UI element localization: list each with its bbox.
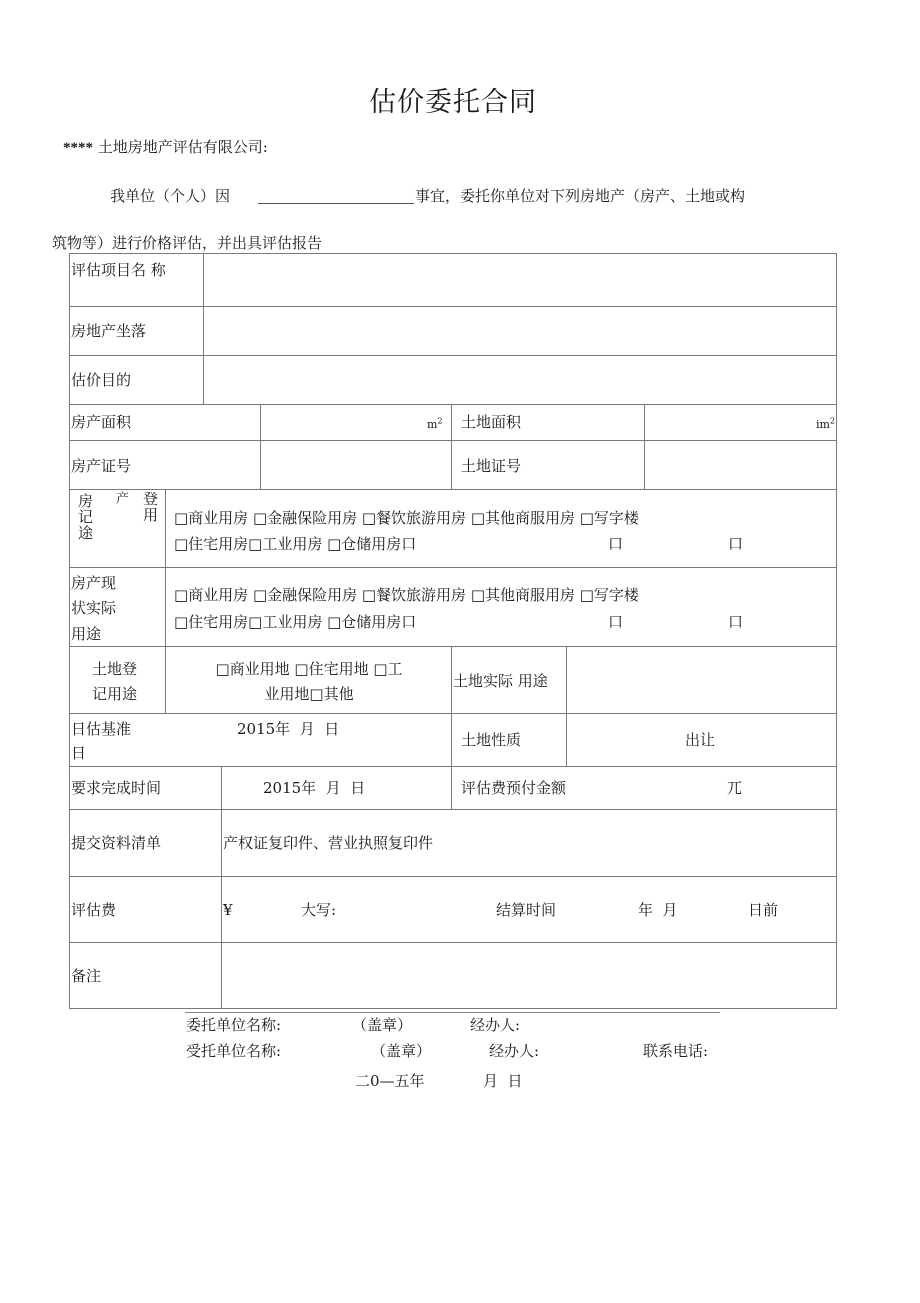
col-divider: [260, 404, 261, 489]
purpose-field[interactable]: [205, 357, 835, 403]
intro-line-1-b: 事宜，委托你单位对下列房地产（房产、土地或构: [415, 187, 745, 205]
row-divider: [69, 942, 837, 943]
location-label: 房地产坐落: [71, 322, 146, 340]
land-cert-field[interactable]: [646, 442, 835, 488]
house-current-use-label-3: 用途: [71, 625, 101, 643]
row-divider: [69, 766, 837, 767]
row-divider: [69, 440, 837, 441]
row-divider: [69, 404, 837, 405]
fee-capital-field[interactable]: [345, 892, 485, 922]
project-name-field[interactable]: [205, 255, 835, 305]
addressee-line: **** 土地房地产评估有限公司:: [63, 138, 268, 157]
land-reg-use-options-1[interactable]: □商业用地 □住宅用地 □工: [167, 660, 451, 678]
house-reg-use-options-2[interactable]: □住宅用房□工业用房 □仓储用房口: [174, 535, 416, 553]
col-divider: [451, 646, 452, 766]
materials-value[interactable]: 产权证复印件、营业执照复印件: [223, 834, 433, 852]
house-area-label: 房产面积: [71, 413, 131, 431]
label-col: 登用: [142, 491, 157, 523]
label-col: 产: [113, 491, 128, 505]
row-divider: [69, 646, 837, 647]
settlement-year-month[interactable]: 年 月: [638, 901, 678, 919]
agent-name-label: 受托单位名称:: [186, 1042, 281, 1060]
col-divider: [221, 766, 222, 1009]
house-area-field[interactable]: [262, 406, 450, 439]
row-divider: [69, 306, 837, 307]
completion-time-label: 要求完成时间: [71, 779, 161, 797]
fee-capital-label: 大写:: [301, 901, 336, 919]
col-divider: [644, 404, 645, 489]
checkbox-extra[interactable]: 口: [728, 535, 743, 553]
valuation-date-value[interactable]: 2015年 月 日: [237, 720, 339, 738]
fee-amount-field[interactable]: [235, 892, 295, 922]
client-name-label: 委托单位名称:: [186, 1016, 281, 1034]
settlement-before: 日前: [748, 901, 778, 919]
table-border-left: [69, 253, 70, 1009]
settlement-label: 结算时间: [496, 901, 556, 919]
fee-currency: ¥: [223, 901, 233, 919]
sign-date-month-day: 月 日: [483, 1072, 523, 1090]
col-divider: [451, 404, 452, 489]
col-divider: [566, 646, 567, 766]
remarks-label: 备注: [71, 967, 101, 985]
land-cert-label: 土地证号: [461, 457, 521, 475]
intro-line-1-a: 我单位（个人）因: [110, 187, 230, 205]
document-title: 估价委托合同: [0, 80, 906, 119]
house-current-use-label-2: 状实际: [71, 599, 116, 617]
row-divider: [69, 713, 837, 714]
addressee-company: 土地房地产评估有限公司:: [98, 138, 268, 156]
checkbox-extra[interactable]: 口: [728, 613, 743, 631]
row-divider: [69, 876, 837, 877]
land-area-unit: im2: [816, 418, 835, 431]
client-seal: （盖章）: [352, 1016, 412, 1034]
land-reg-use-label-1: 土地登: [92, 660, 137, 678]
table-border-bottom: [69, 1008, 837, 1009]
land-actual-use-label: 土地实际 用途: [453, 672, 548, 690]
land-reg-use-label-2: 记用途: [92, 685, 137, 703]
land-area-label: 土地面积: [461, 413, 521, 431]
row-divider: [69, 809, 837, 810]
completion-time-value[interactable]: 2015年 月 日: [263, 779, 365, 797]
location-field[interactable]: [205, 308, 835, 354]
agent-phone-label: 联系电话:: [643, 1042, 708, 1060]
materials-label: 提交资料清单: [71, 834, 161, 852]
house-area-unit: m2: [427, 418, 443, 431]
col-divider: [165, 489, 166, 713]
house-current-use-options-1[interactable]: □商业用房 □金融保险用房 □餐饮旅游用房 □其他商服用房 □写字楼: [174, 586, 639, 604]
house-cert-label: 房产证号: [71, 457, 131, 475]
row-divider: [69, 489, 837, 490]
agent-seal: （盖章）: [371, 1042, 431, 1060]
agent-handler-label: 经办人:: [489, 1042, 539, 1060]
remarks-field[interactable]: [223, 944, 835, 1007]
intro-line-2: 筑物等）进行价格评估，并出具评估报告: [52, 234, 322, 252]
valuation-date-label-2: 日: [71, 744, 86, 762]
land-nature-value[interactable]: 出让: [685, 731, 715, 749]
table-border-right: [836, 253, 837, 1009]
prepaid-fee-unit: 兀: [727, 779, 742, 797]
checkbox-extra[interactable]: 口: [608, 613, 623, 631]
sign-date-year: 二0—五年: [355, 1072, 425, 1090]
row-divider: [69, 567, 837, 568]
prepaid-fee-label: 评估费预付金额: [461, 779, 566, 797]
fee-label: 评估费: [71, 901, 116, 919]
row-divider: [69, 355, 837, 356]
matter-blank-field[interactable]: [258, 203, 414, 204]
checkbox-extra[interactable]: 口: [608, 535, 623, 553]
purpose-label: 估价目的: [71, 371, 131, 389]
land-reg-use-options-2[interactable]: 业用地□其他: [167, 685, 451, 703]
land-nature-label: 土地性质: [461, 731, 521, 749]
label-col: 房记途: [77, 493, 92, 541]
col-divider: [451, 766, 452, 809]
valuation-date-label-1: 日估基准: [71, 720, 131, 738]
client-handler-label: 经办人:: [470, 1016, 520, 1034]
signature-divider: [185, 1012, 720, 1013]
addressee-prefix: ****: [63, 140, 93, 156]
project-name-label: 评估项目名 称: [71, 261, 166, 279]
land-area-field[interactable]: [646, 406, 835, 439]
land-actual-use-field[interactable]: [568, 648, 835, 712]
house-reg-use-options-1[interactable]: □商业用房 □金融保险用房 □餐饮旅游用房 □其他商服用房 □写字楼: [174, 509, 639, 527]
house-cert-field[interactable]: [262, 442, 450, 488]
col-divider: [203, 253, 204, 404]
table-border-top: [69, 253, 837, 254]
house-current-use-label-1: 房产现: [71, 574, 116, 592]
house-current-use-options-2[interactable]: □住宅用房□工业用房 □仓储用房口: [174, 613, 416, 631]
